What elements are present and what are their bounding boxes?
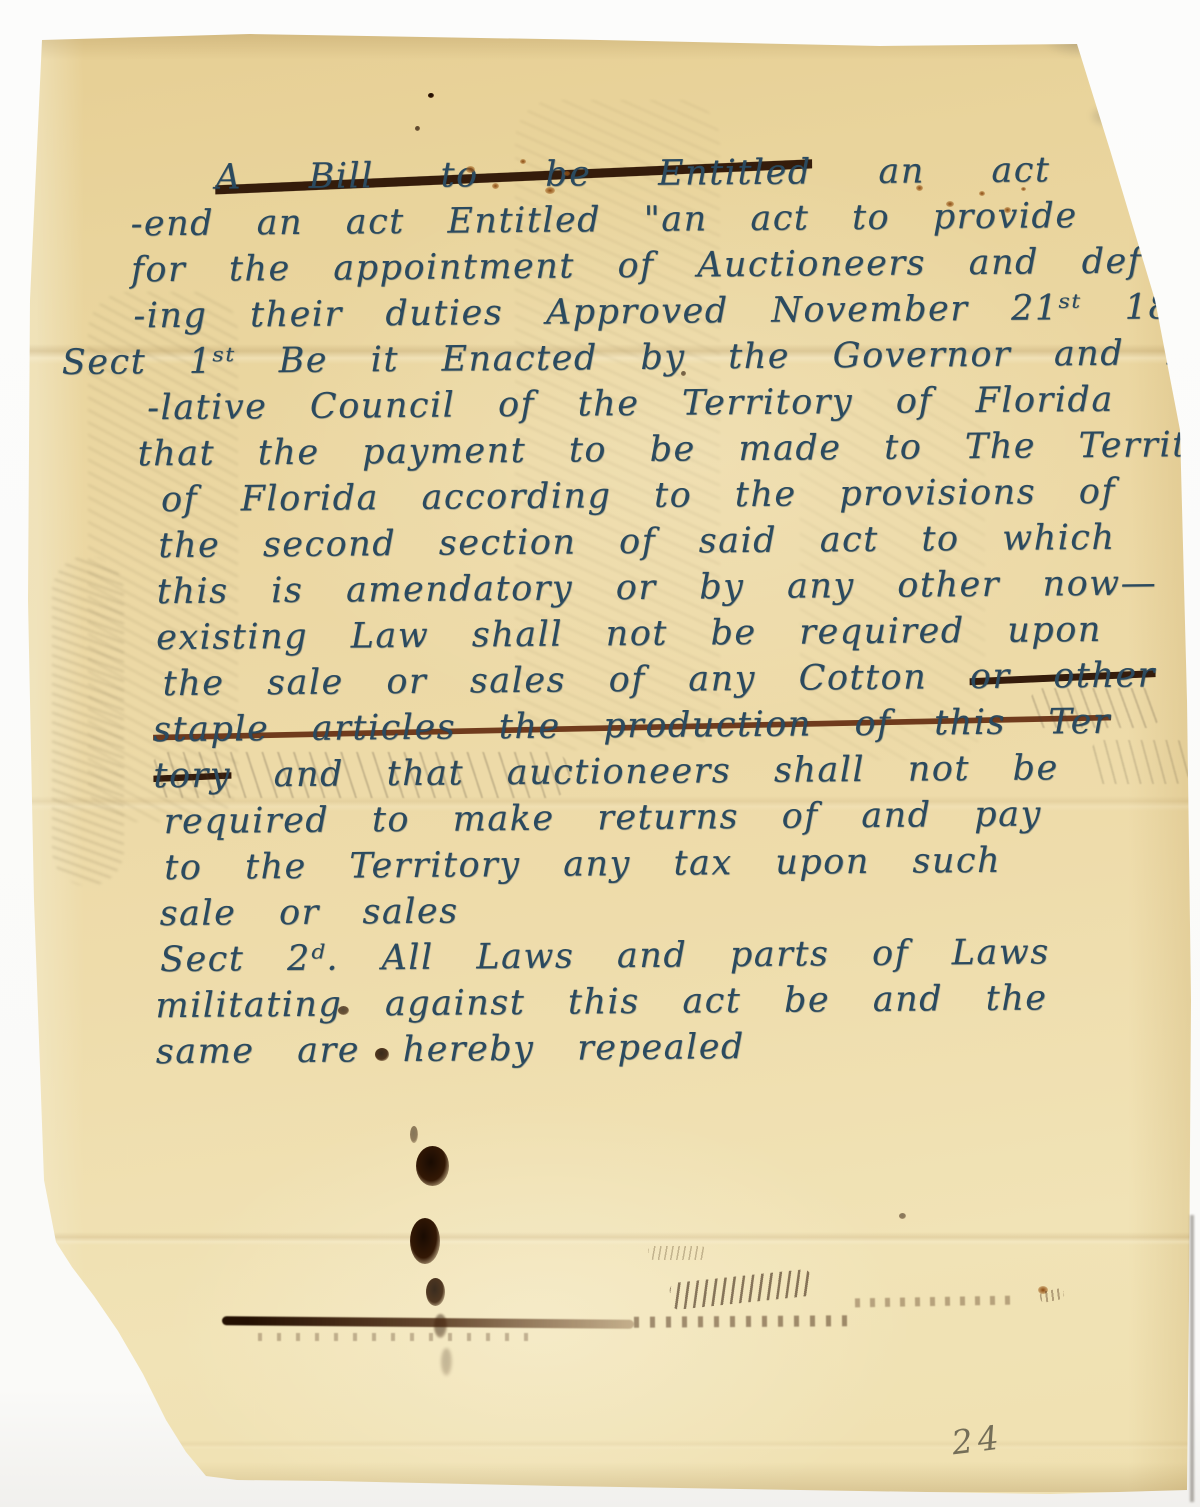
text-segment: of Florida according to the provisions o… [161, 472, 1116, 520]
ink-smudge [648, 1246, 706, 1260]
paper-crease [20, 1232, 1195, 1245]
ink-blot [428, 93, 434, 98]
ink-blot [410, 1218, 440, 1264]
text-segment: required to make returns of and pay [164, 794, 1042, 842]
paper-edge-shading [20, 1462, 1190, 1492]
text-segment: Sect 2ᵈ. All Laws and parts of Laws [160, 932, 1050, 980]
text-segment: sale or sales [159, 892, 458, 935]
struck-text: tory [153, 756, 231, 797]
rust-speck [946, 201, 954, 207]
manuscript-text: A Bill to be Entitled an act to am-end a… [60, 146, 1158, 1075]
ink-smudge [669, 1269, 813, 1311]
paper-edge-shading [20, 30, 1180, 60]
rust-speck [916, 185, 923, 191]
struck-text: A Bill to be Entitled [215, 152, 812, 197]
text-segment: Sect 1ˢᵗ Be it Enacted by the Governor a… [62, 332, 1200, 383]
struck-text: or other [970, 655, 1156, 697]
ink-smudge [258, 1333, 528, 1341]
text-segment: the sale or sales of any Cotton [162, 657, 970, 704]
ink-blot [434, 1314, 447, 1338]
rust-speck [979, 191, 985, 196]
ink-smudge [634, 1315, 852, 1328]
rust-speck [466, 166, 475, 173]
text-segment: the second section of said act to which [158, 518, 1115, 566]
text-segment: -lative Council of the Territory of Flor… [147, 380, 1114, 428]
ink-blot [375, 1048, 389, 1061]
ink-blot [416, 1146, 449, 1186]
ink-blot [415, 126, 420, 131]
text-segment: that the payment to be made to The Terri… [137, 425, 1200, 475]
ink-smudge [222, 1316, 634, 1329]
text-segment: militating against this act be and the [155, 978, 1047, 1026]
text-segment: for the appointment of Auctioneers and d… [131, 242, 1143, 291]
text-segment: to the Territory any tax upon such [164, 841, 1001, 888]
text-segment: -ing their duties Approved November 21ˢᵗ… [133, 287, 1200, 336]
rust-speck [1004, 207, 1011, 213]
ink-blot [426, 1278, 445, 1306]
text-segment: this is amendatory or by any other now— [157, 563, 1158, 612]
text-segment: -end an act Entitled "an act to provide [130, 196, 1077, 244]
rust-speck [564, 171, 570, 176]
smudge [1088, 104, 1122, 128]
struck-text: staple articles the production of this T… [153, 702, 1111, 750]
ink-smudge [855, 1296, 1015, 1308]
text-segment: an act to am [812, 148, 1200, 192]
rust-speck [1038, 1286, 1048, 1294]
ink-blot [338, 1006, 349, 1015]
rust-speck [1021, 187, 1026, 191]
text-segment: existing Law shall not be required upon [156, 610, 1102, 658]
ink-blot [681, 371, 686, 376]
rust-speck [492, 183, 499, 189]
text-segment: same are hereby repealed [156, 1027, 745, 1072]
ink-blot [441, 1348, 452, 1376]
rust-speck [545, 187, 555, 194]
scan-edge-shadow [1190, 1215, 1194, 1502]
scan-background: A Bill to be Entitled an act to am-end a… [0, 0, 1200, 1507]
manuscript-line: same are hereby repealed [68, 1020, 1158, 1076]
manuscript-page: A Bill to be Entitled an act to am-end a… [0, 0, 1200, 1507]
text-segment: and that auctioneers shall not be [231, 748, 1059, 795]
ink-blot [899, 1213, 906, 1219]
smudge [1152, 112, 1180, 146]
ink-blot [410, 1126, 418, 1143]
rust-speck [520, 159, 526, 164]
